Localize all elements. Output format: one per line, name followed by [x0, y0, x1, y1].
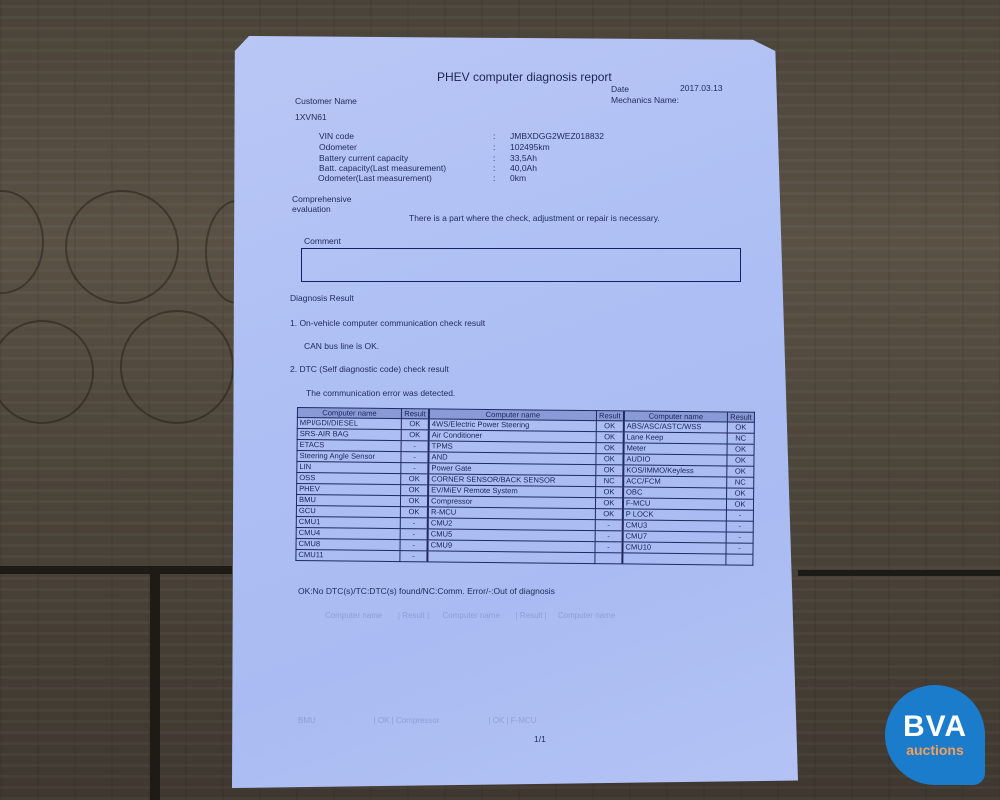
field-separator: : [493, 163, 495, 173]
wood-knot [0, 190, 44, 294]
result-cell: OK [727, 455, 754, 466]
bva-auctions-logo: BVA auctions [885, 685, 985, 785]
col-header-result: Result [596, 411, 624, 421]
result-cell: - [726, 521, 753, 532]
result-cell: - [400, 551, 428, 562]
result-cell: OK [595, 509, 623, 520]
result-cell [595, 553, 623, 564]
result-cell: OK [400, 507, 428, 518]
customer-value: 1XVN61 [295, 112, 327, 122]
result-cell: NC [727, 477, 754, 488]
vin-label: VIN code [319, 131, 354, 141]
result-cell: OK [401, 474, 429, 485]
result-cell: OK [595, 498, 623, 509]
result-cell: OK [401, 430, 429, 441]
logo-brand: BVA [903, 712, 967, 742]
report-title: PHEV computer diagnosis report [437, 70, 612, 84]
result-cell: OK [401, 419, 429, 430]
odometer-value: 102495km [510, 142, 550, 152]
last-battery-capacity-value: 40,0Ah [510, 163, 537, 173]
battery-capacity-label: Battery current capacity [319, 153, 408, 163]
result-cell: OK [727, 422, 754, 433]
plank-gap [150, 574, 160, 800]
result-cell: OK [596, 465, 624, 476]
result-cell: OK [727, 444, 754, 455]
dtc-result-table: Computer name Result Computer name Resul… [295, 407, 755, 566]
comment-box [301, 248, 741, 282]
evaluation-label-2: evaluation [292, 204, 331, 214]
check1-title: 1. On-vehicle computer communication che… [290, 318, 485, 328]
field-separator: : [493, 153, 495, 163]
odometer-label: Odometer [319, 142, 357, 152]
check2-title: 2. DTC (Self diagnostic code) check resu… [290, 364, 449, 374]
vin-value: JMBXDGG2WEZ018832 [510, 131, 604, 141]
result-cell: - [400, 529, 428, 540]
result-cell: - [726, 543, 753, 554]
result-cell: NC [596, 476, 624, 487]
last-odometer-label: Odometer(Last measurement) [318, 173, 432, 183]
mechanics-label: Mechanics Name: [611, 95, 679, 105]
result-cell: OK [596, 421, 624, 432]
result-cell: OK [596, 454, 624, 465]
check2-result: The communication error was detected. [306, 388, 455, 398]
result-cell: OK [726, 499, 753, 510]
comment-label: Comment [304, 236, 341, 246]
computer-name-cell [622, 553, 726, 565]
bleed-through-text: BMU | OK | Compressor | OK | F-MCU [298, 716, 537, 725]
wood-knot [0, 320, 94, 424]
wood-knot [65, 190, 179, 304]
logo-subtitle: auctions [906, 742, 964, 758]
bleed-through-text: Computer name | Result | Computer name |… [325, 611, 615, 620]
result-cell: OK [727, 488, 754, 499]
wood-knot [120, 310, 234, 424]
result-cell [726, 554, 753, 565]
result-cell: NC [727, 433, 754, 444]
result-cell: - [401, 441, 429, 452]
battery-capacity-value: 33,5Ah [510, 153, 537, 163]
col-header-result: Result [401, 409, 429, 419]
result-cell: - [595, 520, 623, 531]
result-cell: - [400, 518, 428, 529]
computer-name-cell [427, 551, 594, 564]
field-separator: : [493, 142, 495, 152]
result-cell: - [401, 452, 429, 463]
table-body: MPI/GDI/DIESELOK4WS/Electric Power Steer… [296, 418, 754, 566]
result-cell: - [595, 542, 623, 553]
result-cell: OK [401, 485, 429, 496]
result-cell: - [401, 463, 429, 474]
page-number: 1/1 [534, 734, 546, 744]
evaluation-label: Comprehensive [292, 194, 352, 204]
col-header-result: Result [727, 412, 754, 422]
date-value: 2017.03.13 [680, 83, 723, 93]
result-cell: OK [595, 487, 623, 498]
result-legend: OK:No DTC(s)/TC:DTC(s) found/NC:Comm. Er… [298, 586, 555, 596]
result-cell: OK [596, 443, 624, 454]
last-battery-capacity-label: Batt. capacity(Last measurement) [319, 163, 446, 173]
result-cell: - [726, 532, 753, 543]
result-cell: - [726, 510, 753, 521]
result-cell: - [595, 531, 623, 542]
result-cell: OK [401, 496, 429, 507]
evaluation-text: There is a part where the check, adjustm… [409, 213, 660, 223]
result-cell: OK [727, 466, 754, 477]
plank-gap [798, 570, 1000, 576]
last-odometer-value: 0km [510, 173, 526, 183]
field-separator: : [493, 173, 495, 183]
result-cell: OK [596, 432, 624, 443]
result-cell: - [400, 540, 428, 551]
field-separator: : [493, 131, 495, 141]
computer-name-cell: CMU11 [296, 549, 400, 561]
plank-gap [0, 566, 232, 574]
customer-label: Customer Name [295, 96, 357, 106]
date-label: Date [611, 84, 629, 94]
diagnosis-heading: Diagnosis Result [290, 293, 354, 303]
check1-result: CAN bus line is OK. [304, 341, 379, 351]
